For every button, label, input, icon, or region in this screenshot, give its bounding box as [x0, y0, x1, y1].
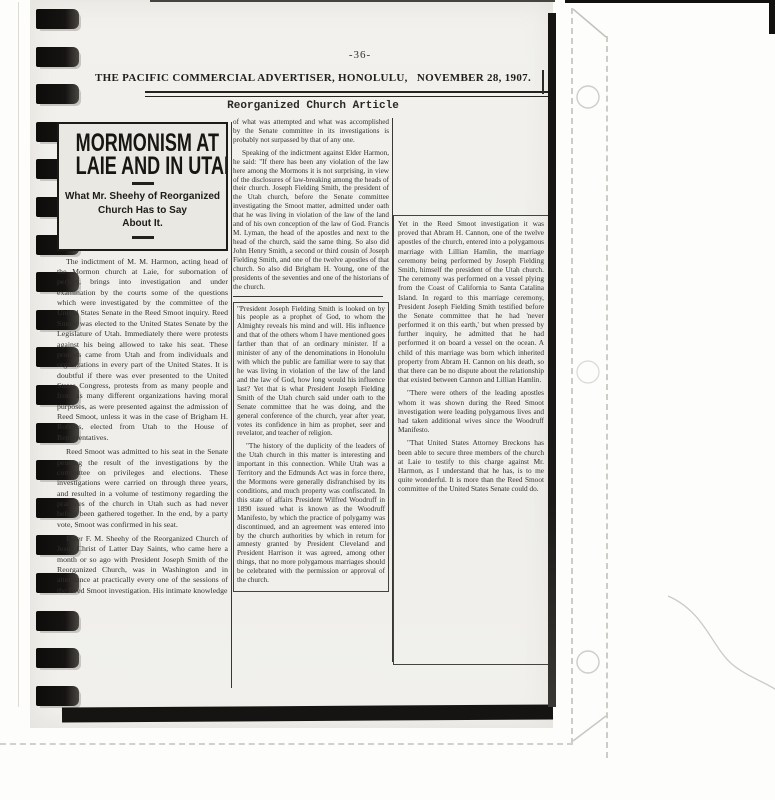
scan-top-shadow — [150, 0, 555, 2]
subhead-line-3: About It. — [61, 217, 224, 231]
article-headline-box: MORMONISM AT LAIE AND IN UTAH What Mr. S… — [57, 122, 228, 251]
punch-hole — [577, 361, 599, 383]
binder-ring — [36, 9, 79, 29]
article-paragraph: Speaking of the indictment against Elder… — [233, 149, 389, 292]
column-2-lower-text: "President Joseph Fielding Smith is look… — [233, 302, 389, 593]
article-paragraph: Reed Smoot was admitted to his seat in t… — [57, 447, 228, 530]
plastic-wrinkle — [668, 596, 775, 691]
scan-bottom-shadow — [62, 705, 553, 723]
binder-ring — [36, 47, 79, 67]
punch-hole — [577, 651, 599, 673]
headline-line-2: LAIE AND IN UTAH — [76, 153, 210, 179]
subhead-line-1: What Mr. Sheehy of Reorganized — [61, 190, 224, 204]
protector-seam-bottom — [0, 743, 573, 745]
scan-top-edge — [565, 0, 775, 3]
binder-ring — [36, 686, 79, 706]
article-paragraph: "That United States Attorney Breckons ha… — [398, 438, 544, 493]
article-paragraph: "The history of the duplicity of the lea… — [237, 442, 385, 585]
article-paragraph: of what was attempted and what was accom… — [233, 118, 389, 145]
news-column-3: Yet in the Reed Smoot investigation it w… — [393, 215, 549, 665]
article-paragraph: "There were others of the leading apostl… — [398, 388, 544, 434]
headline-divider — [132, 182, 154, 185]
protector-seam-outer — [571, 8, 573, 744]
protector-seam-inner — [606, 36, 608, 758]
page-number: -36- — [330, 49, 390, 61]
article-paragraph: The indictment of M. M. Harmon, acting h… — [57, 257, 228, 443]
article-paragraph: "President Joseph Fielding Smith is look… — [237, 305, 385, 439]
typed-annotation: Reorganized Church Article — [78, 100, 548, 112]
protector-corner-bottom — [573, 716, 606, 741]
article-paragraph: Elder F. M. Sheehy of the Reorganized Ch… — [57, 534, 228, 596]
scan-edge-line — [18, 2, 19, 707]
column-1-text: The indictment of M. M. Harmon, acting h… — [57, 257, 228, 597]
masthead-end-tick — [542, 70, 544, 94]
scan-corner-edge — [769, 0, 775, 34]
subhead-line-2: Church Has to Say — [61, 204, 224, 218]
binder-ring — [36, 84, 79, 104]
subhead-divider — [132, 236, 154, 239]
column-rule — [233, 296, 383, 297]
newspaper-masthead: THE PACIFIC COMMERCIAL ADVERTISER, HONOL… — [78, 72, 548, 84]
news-column-2: of what was attempted and what was accom… — [233, 118, 393, 662]
binder-page: -36- THE PACIFIC COMMERCIAL ADVERTISER, … — [0, 0, 775, 800]
column-2-upper-text: of what was attempted and what was accom… — [233, 118, 389, 292]
masthead-rule — [145, 91, 550, 97]
news-column-1: MORMONISM AT LAIE AND IN UTAH What Mr. S… — [57, 122, 232, 688]
article-paragraph: Yet in the Reed Smoot investigation it w… — [398, 219, 544, 384]
protector-corner-top — [573, 9, 606, 37]
punch-hole — [577, 86, 599, 108]
scan-right-shadow — [548, 13, 556, 707]
